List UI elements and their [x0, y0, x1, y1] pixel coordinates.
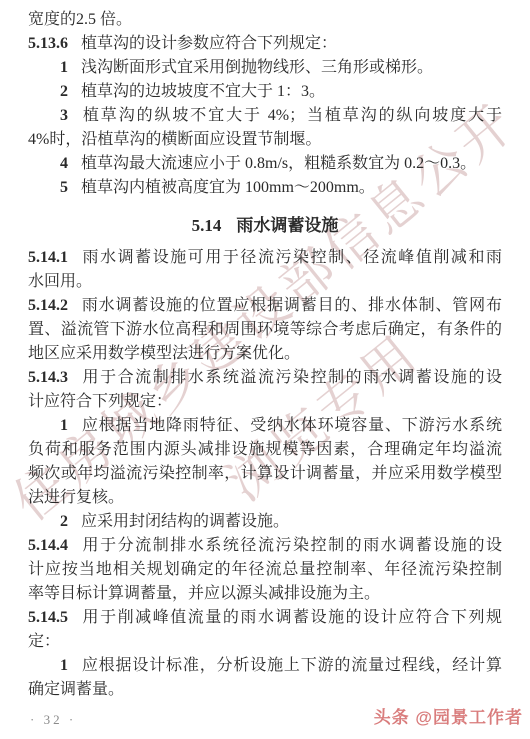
text-line: 宽度的2.5 倍。: [28, 8, 502, 32]
clause-number: 5.14.3: [28, 369, 68, 386]
line-text: 植草沟最大流速应小于 0.8m/s，粗糙系数宜为 0.2～0.3。: [81, 155, 476, 172]
text-line: 1应根据当地降雨特征、受纳水体环境容量、下游污水系统: [28, 414, 502, 438]
item-number: 1: [60, 59, 68, 76]
line-text: 植草沟的纵坡不宜大于 4%；当植草沟的纵向坡度大于: [81, 107, 502, 124]
text-line: 置、溢流管下游水位高程和周围环境等综合考虑后确定，有条件的: [28, 318, 502, 342]
document-lines: 宽度的2.5 倍。5.13.6植草沟的设计参数应符合下列规定：1浅沟断面形式宜采…: [28, 8, 502, 702]
line-text: 应根据设计标准，分析设施上下游的流量过程线，经计算: [81, 657, 502, 674]
text-line: 4植草沟最大流速应小于 0.8m/s，粗糙系数宜为 0.2～0.3。: [28, 152, 502, 176]
text-line: 确定调蓄量。: [28, 678, 502, 702]
line-text: 雨水调蓄设施的位置应根据调蓄目的、排水体制、管网布: [81, 297, 502, 314]
text-line: 计应符合下列规定：: [28, 390, 502, 414]
item-number: 3: [60, 107, 68, 124]
item-number: 4: [60, 155, 68, 172]
line-text: 雨水调蓄设施: [236, 216, 338, 235]
line-text: 计应符合下列规定：: [28, 393, 172, 410]
line-text: 用于削减峰值流量的雨水调蓄设施的设计应符合下列规: [81, 609, 502, 626]
text-line: 计应按当地相关规划确定的年径流总量控制率、年径流污染控制: [28, 558, 502, 582]
line-text: 应根据当地降雨特征、受纳水体环境容量、下游污水系统: [81, 417, 502, 434]
text-line: 3植草沟的纵坡不宜大于 4%；当植草沟的纵向坡度大于: [28, 104, 502, 128]
text-line: 5.13.6植草沟的设计参数应符合下列规定：: [28, 32, 502, 56]
line-text: 植草沟内植被高度宜为 100mm～200mm。: [81, 179, 375, 196]
toutiao-watermark: 头条 @园景工作者: [374, 703, 523, 728]
text-line: 1应根据设计标准，分析设施上下游的流量过程线，经计算: [28, 654, 502, 678]
line-text: 应采用封闭结构的调蓄设施。: [81, 513, 289, 530]
text-line: 2应采用封闭结构的调蓄设施。: [28, 510, 502, 534]
line-text: 用于分流制排水系统径流污染控制的雨水调蓄设施的设: [81, 537, 502, 554]
document-page: 住房城乡建设部信息公开 浏览专用 宽度的2.5 倍。5.13.6植草沟的设计参数…: [0, 0, 530, 739]
line-text: 定：: [28, 633, 60, 650]
item-number: 5: [60, 179, 68, 196]
page-number: · 32 ·: [30, 712, 76, 728]
line-text: 水回用。: [28, 273, 92, 290]
item-number: 2: [60, 83, 68, 100]
line-text: 计应按当地相关规划确定的年径流总量控制率、年径流污染控制: [28, 561, 502, 578]
line-text: 率等目标计算调蓄量，并应以源头减排设施为主。: [28, 585, 380, 602]
clause-number: 5.13.6: [28, 35, 68, 52]
line-text: 确定调蓄量。: [28, 681, 124, 698]
text-line: 5.14.1雨水调蓄设施可用于径流污染控制、径流峰值削减和雨: [28, 246, 502, 270]
text-line: 1浅沟断面形式宜采用倒抛物线形、三角形或梯形。: [28, 56, 502, 80]
text-line: 5.14.5用于削减峰值流量的雨水调蓄设施的设计应符合下列规: [28, 606, 502, 630]
clause-number: 5.14.1: [28, 249, 68, 266]
clause-number: 5.14: [192, 216, 222, 235]
text-line: 地区应采用数学模型法进行方案优化。: [28, 342, 502, 366]
text-line: 负荷和服务范围内源头减排设施规模等因素，合理确定年均溢流: [28, 438, 502, 462]
line-text: 植草沟的设计参数应符合下列规定：: [81, 35, 337, 52]
line-text: 浅沟断面形式宜采用倒抛物线形、三角形或梯形。: [81, 59, 433, 76]
section-heading: 5.14雨水调蓄设施: [28, 214, 502, 238]
line-text: 地区应采用数学模型法进行方案优化。: [28, 345, 300, 362]
text-line: 定：: [28, 630, 502, 654]
clause-number: 5.14.2: [28, 297, 68, 314]
line-text: 频次或年均溢流污染控制率，计算设计调蓄量，并应采用数学模型: [28, 465, 502, 482]
text-line: 4%时，沿植草沟的横断面应设置节制堰。: [28, 128, 502, 152]
line-text: 雨水调蓄设施可用于径流污染控制、径流峰值削减和雨: [81, 249, 502, 266]
line-text: 置、溢流管下游水位高程和周围环境等综合考虑后确定，有条件的: [28, 321, 502, 338]
clause-number: 5.14.5: [28, 609, 68, 626]
line-text: 宽度的2.5 倍。: [28, 11, 132, 28]
line-text: 负荷和服务范围内源头减排设施规模等因素，合理确定年均溢流: [28, 441, 502, 458]
line-text: 法进行复核。: [28, 489, 124, 506]
line-text: 用于合流制排水系统溢流污染控制的雨水调蓄设施的设: [81, 369, 502, 386]
line-text: 4%时，沿植草沟的横断面应设置节制堰。: [28, 131, 321, 148]
text-line: 5.14.3用于合流制排水系统溢流污染控制的雨水调蓄设施的设: [28, 366, 502, 390]
item-number: 2: [60, 513, 68, 530]
text-line: 率等目标计算调蓄量，并应以源头减排设施为主。: [28, 582, 502, 606]
text-line: 5植草沟内植被高度宜为 100mm～200mm。: [28, 176, 502, 200]
text-line: 水回用。: [28, 270, 502, 294]
clause-number: 5.14.4: [28, 537, 68, 554]
item-number: 1: [60, 657, 68, 674]
text-line: 频次或年均溢流污染控制率，计算设计调蓄量，并应采用数学模型: [28, 462, 502, 486]
text-line: 2植草沟的边坡坡度不宜大于 1：3。: [28, 80, 502, 104]
line-text: 植草沟的边坡坡度不宜大于 1：3。: [81, 83, 325, 100]
item-number: 1: [60, 417, 68, 434]
text-line: 5.14.4用于分流制排水系统径流污染控制的雨水调蓄设施的设: [28, 534, 502, 558]
text-line: 5.14.2雨水调蓄设施的位置应根据调蓄目的、排水体制、管网布: [28, 294, 502, 318]
text-line: 法进行复核。: [28, 486, 502, 510]
